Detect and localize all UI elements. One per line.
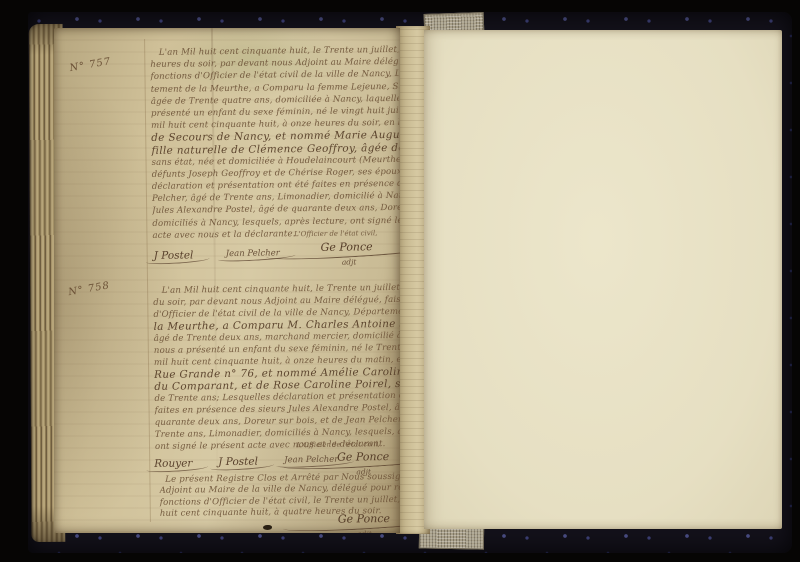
act-number-757: N° 757 (69, 56, 112, 74)
act-757-officer-title: adjt (342, 257, 357, 266)
act-757-officer-line: L'Officier de l'état civil, (294, 229, 377, 238)
act-757-officer-signature: Ge Ponce (292, 240, 400, 254)
act-758-signature-postel: J Postel (218, 456, 258, 468)
act-757-text: L'an Mil huit cent cinquante huit, le Tr… (150, 44, 400, 242)
act-758-officer-line: L'Officier de l'état civil, (297, 440, 380, 449)
right-page-blank-endpaper (424, 30, 782, 529)
left-page: N° 757 N° 758 L'an Mil huit cent cinquan… (54, 28, 400, 533)
closing-officer-signature: Ge Ponce (309, 512, 400, 526)
act-757-signature-postel: J Postel (154, 249, 194, 261)
closing-officer-title: adjt (357, 529, 372, 533)
act-number-758: N° 758 (67, 280, 110, 298)
act-758-text: L'an Mil huit cent cinquante huit, le Tr… (153, 282, 400, 453)
handwritten-content: N° 757 N° 758 L'an Mil huit cent cinquan… (54, 28, 400, 533)
act-758-officer-signature: Ge Ponce (308, 450, 400, 464)
book-scan: N° 757 N° 758 L'an Mil huit cent cinquan… (0, 0, 800, 562)
margin-rule-line (144, 39, 151, 522)
act-758-signature-rouyer: Rouyer (154, 457, 192, 469)
